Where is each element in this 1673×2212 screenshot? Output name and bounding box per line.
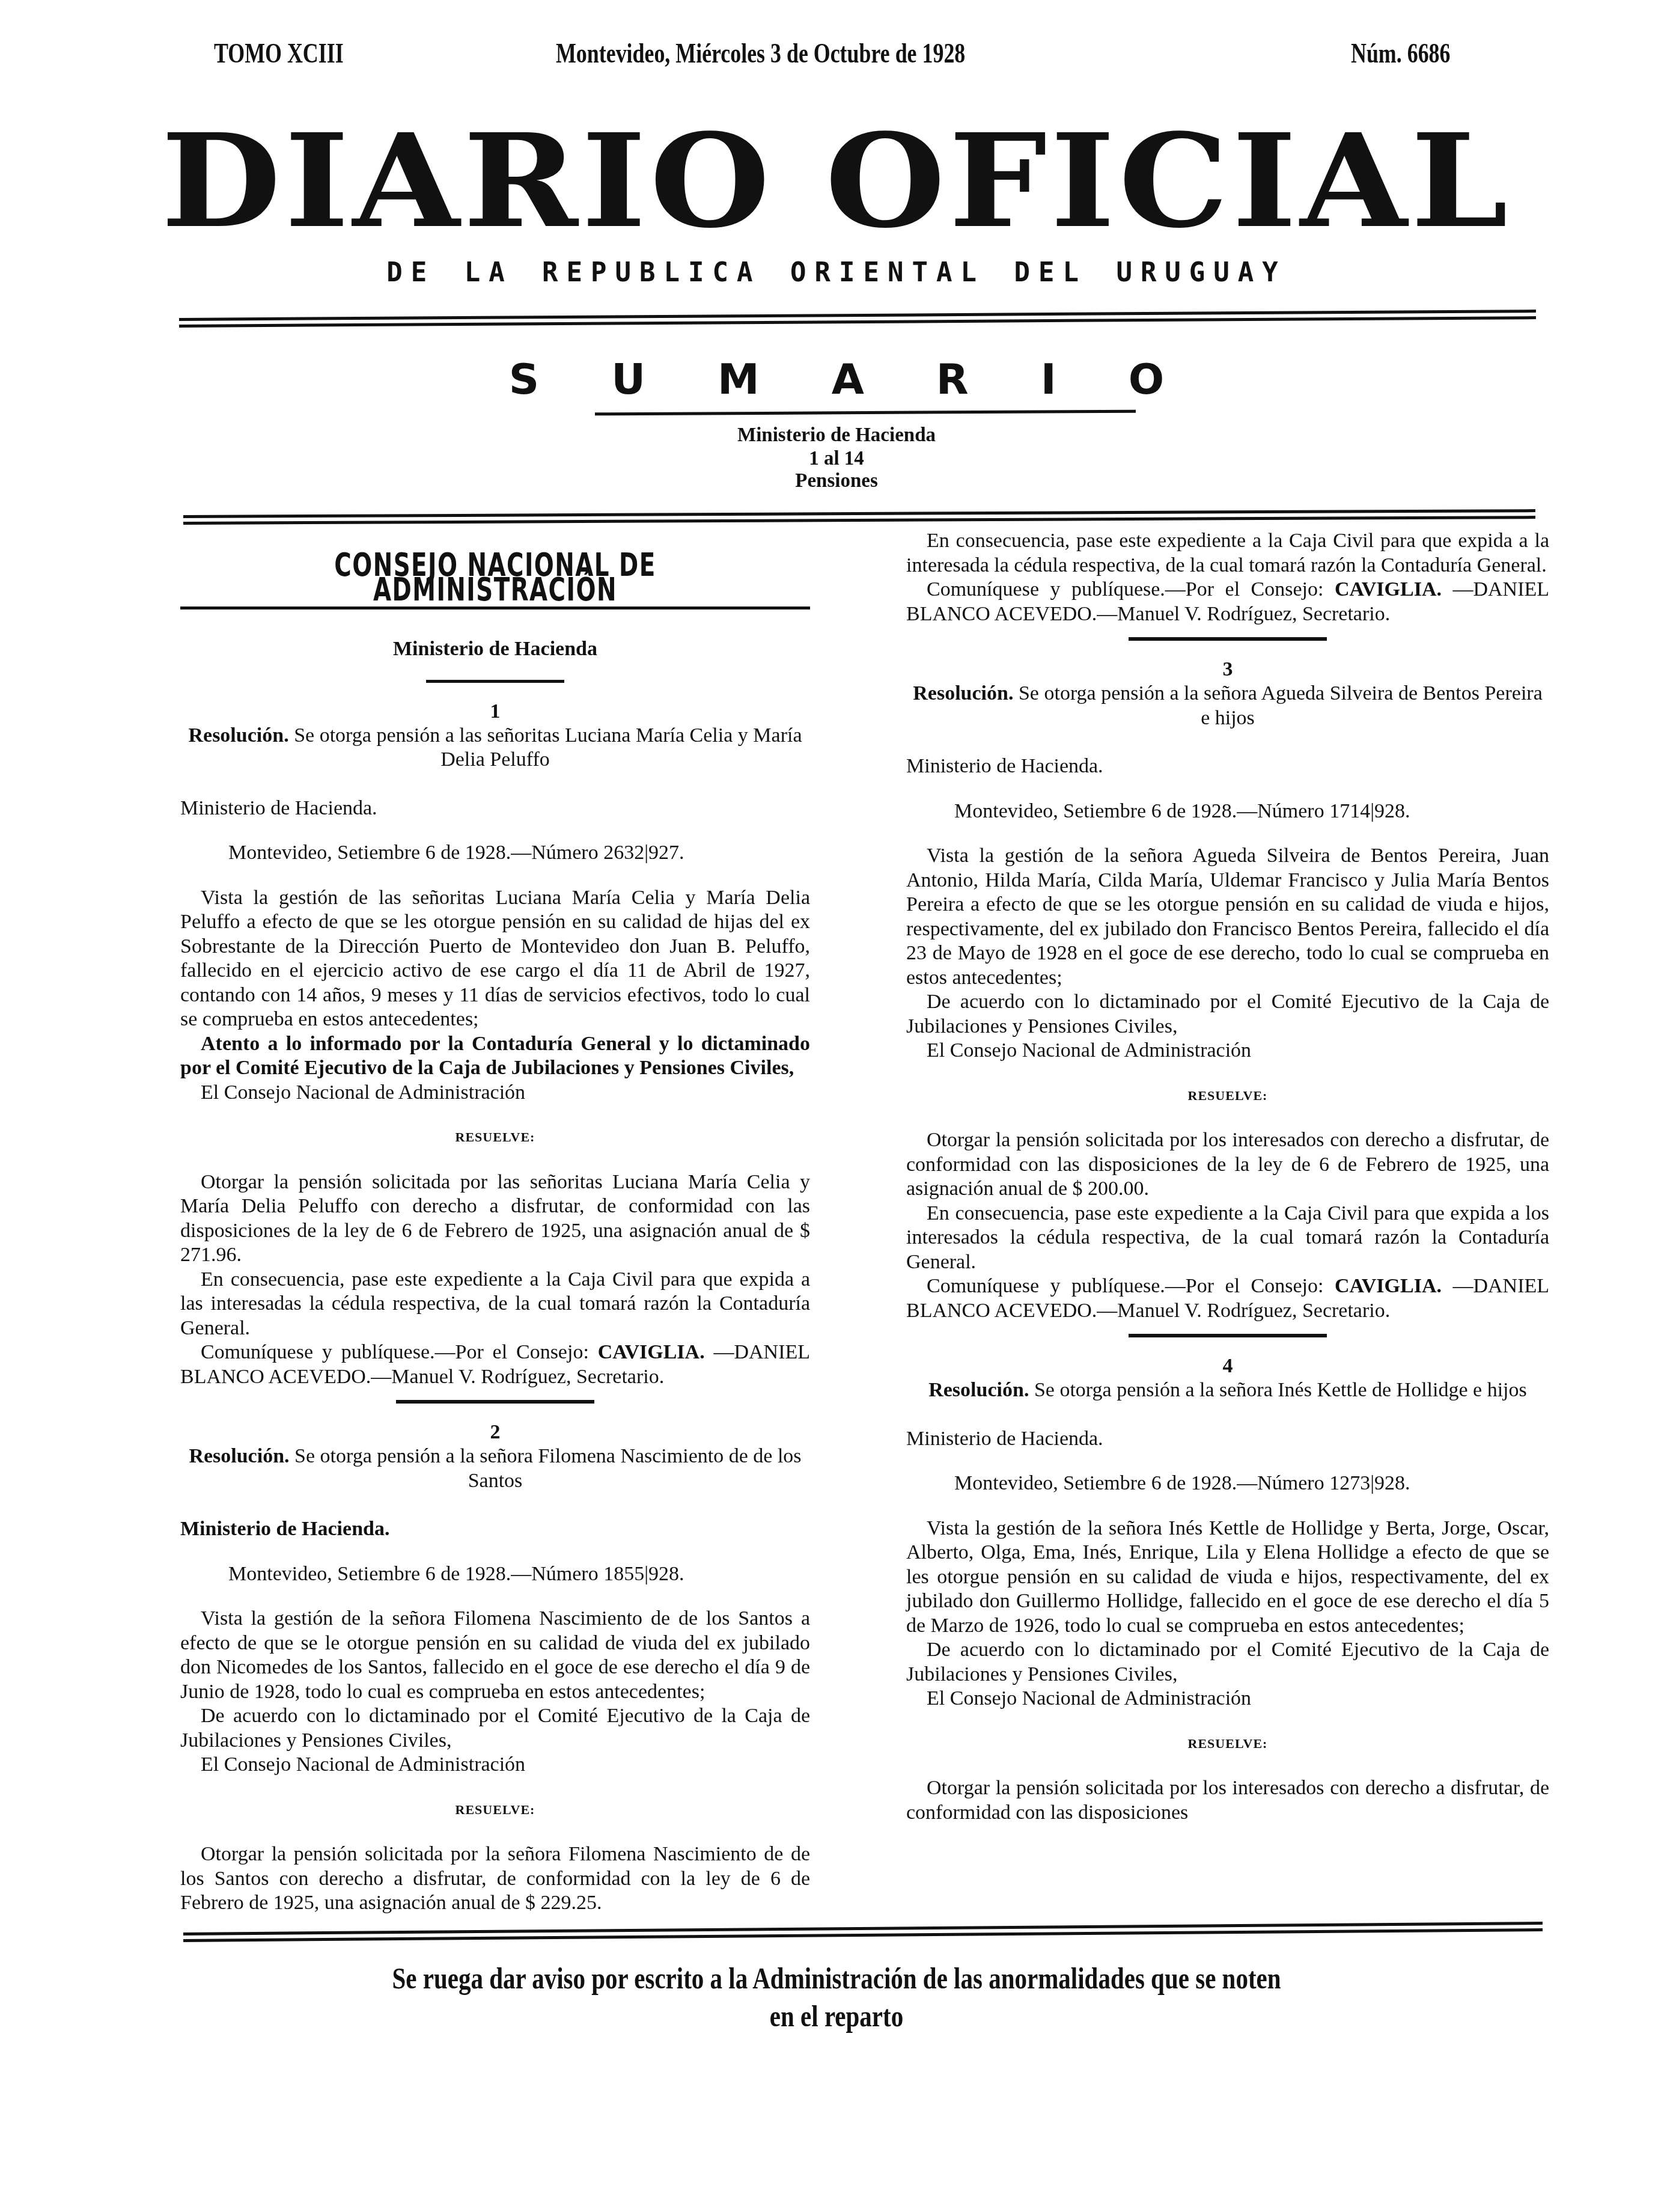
paragraph-otorgar: Otorgar la pensión solicitada por los in… xyxy=(906,1128,1549,1202)
paragraph-signature: Comuníquese y publíquese.—Por el Consejo… xyxy=(180,1340,810,1389)
footer-notice: Se ruega dar aviso por escrito a la Admi… xyxy=(151,1961,1523,1996)
issue-number: Núm. 6686 xyxy=(1351,37,1450,69)
volume-label: TOMO XCIII xyxy=(214,37,344,69)
paragraph-vista: Vista la gestión de la señora Inés Kettl… xyxy=(906,1517,1549,1639)
short-rule xyxy=(426,680,564,683)
ministry-line: Ministerio de Hacienda. xyxy=(906,1427,1549,1452)
resolution-4: 4 Resolución. Se otorga pensión a la señ… xyxy=(906,1354,1549,1825)
resolution-title: Resolución. Se otorga pensión a la señor… xyxy=(180,1444,810,1493)
paragraph-vista: Vista la gestión de la señora Filomena N… xyxy=(180,1607,810,1704)
paragraph-otorgar: Otorgar la pensión solicitada por la señ… xyxy=(180,1842,810,1916)
resolution-number: 2 xyxy=(180,1420,810,1444)
summary-item: 1 al 14 xyxy=(0,448,1673,470)
item-separator xyxy=(1129,1334,1327,1337)
paragraph-consejo: El Consejo Nacional de Administración xyxy=(906,1687,1549,1711)
right-column: En consecuencia, pase este expediente a … xyxy=(906,529,1549,1825)
paragraph-consecuencia: En consecuencia, pase este expediente a … xyxy=(180,1268,810,1341)
item-separator xyxy=(396,1400,594,1404)
paragraph-consejo: El Consejo Nacional de Administración xyxy=(906,1039,1549,1063)
paragraph-consejo: El Consejo Nacional de Administración xyxy=(180,1753,810,1777)
dateline: Montevideo, Setiembre 6 de 1928.—Número … xyxy=(906,1471,1549,1496)
paragraph-acuerdo: De acuerdo con lo dictaminado por el Com… xyxy=(180,1704,810,1753)
paragraph-acuerdo: De acuerdo con lo dictaminado por el Com… xyxy=(906,1638,1549,1687)
resolution-number: 3 xyxy=(906,658,1549,682)
resolution-2-continuation: En consecuencia, pase este expediente a … xyxy=(906,529,1549,626)
resolution-title: Resolución. Se otorga pensión a la señor… xyxy=(906,1378,1549,1403)
resuelve-label: RESUELVE: xyxy=(906,1732,1549,1756)
paragraph-vista: Vista la gestión de la señora Agueda Sil… xyxy=(906,844,1549,990)
paragraph-signature: Comuníquese y publíquese.—Por el Consejo… xyxy=(906,578,1549,626)
paragraph-consecuencia: En consecuencia, pase este expediente a … xyxy=(906,529,1549,578)
ministry-line: Ministerio de Hacienda. xyxy=(180,1517,810,1542)
resolution-3: 3 Resolución. Se otorga pensión a la señ… xyxy=(906,658,1549,1323)
footer-notice: en el reparto xyxy=(151,1999,1523,2033)
resolution-title: Resolución. Se otorga pensión a las seño… xyxy=(180,724,810,772)
paragraph-consecuencia: En consecuencia, pase este expediente a … xyxy=(906,1202,1549,1275)
paragraph-vista: Vista la gestión de las señoritas Lucian… xyxy=(180,886,810,1032)
summary-underline xyxy=(595,410,1136,416)
paragraph-atento: Atento a lo informado por la Contaduría … xyxy=(180,1032,810,1081)
paragraph-otorgar: Otorgar la pensión solicitada por los in… xyxy=(906,1776,1549,1825)
masthead-title: DIARIO OFICIAL xyxy=(0,117,1673,257)
left-column: CONSEJO NACIONAL DE ADMINISTRACIÓN Minis… xyxy=(180,529,810,1916)
double-rule-divider xyxy=(179,310,1536,328)
item-separator xyxy=(1129,637,1327,641)
dateline: Montevideo, Setiembre 6 de 1928.—Número … xyxy=(906,799,1549,824)
double-rule-divider xyxy=(183,1922,1543,1942)
dateline: Montevideo, Setiembre 6 de 1928.—Número … xyxy=(180,1562,810,1587)
ministry-line: Ministerio de Hacienda. xyxy=(906,754,1549,779)
resuelve-label: RESUELVE: xyxy=(180,1125,810,1150)
resolution-number: 1 xyxy=(180,700,810,724)
summary-item: Ministerio de Hacienda xyxy=(0,424,1673,447)
ministry-heading: Ministerio de Hacienda xyxy=(180,637,810,662)
paragraph-acuerdo: De acuerdo con lo dictaminado por el Com… xyxy=(906,990,1549,1039)
resuelve-label: RESUELVE: xyxy=(906,1084,1549,1108)
resolution-title: Resolución. Se otorga pensión a la señor… xyxy=(906,682,1549,730)
paragraph-consejo: El Consejo Nacional de Administración xyxy=(180,1081,810,1105)
double-rule-divider xyxy=(183,509,1535,525)
paragraph-otorgar: Otorgar la pensión solicitada por las se… xyxy=(180,1170,810,1268)
summary-item: Pensiones xyxy=(0,470,1673,492)
resolution-1: 1 Resolución. Se otorga pensión a las se… xyxy=(180,700,810,1390)
summary-heading: SUMARIO xyxy=(0,355,1673,404)
resuelve-label: RESUELVE: xyxy=(180,1798,810,1822)
resolution-2: 2 Resolución. Se otorga pensión a la señ… xyxy=(180,1420,810,1916)
masthead-subtitle: DE LA REPUBLICA ORIENTAL DEL URUGUAY xyxy=(0,257,1673,288)
issue-date: Montevideo, Miércoles 3 de Octubre de 19… xyxy=(556,37,965,69)
ministry-line: Ministerio de Hacienda. xyxy=(180,796,810,821)
resolution-number: 4 xyxy=(906,1354,1549,1378)
section-heading: CONSEJO NACIONAL DE ADMINISTRACIÓN xyxy=(269,553,722,602)
paragraph-signature: Comuníquese y publíquese.—Por el Consejo… xyxy=(906,1274,1549,1323)
dateline: Montevideo, Setiembre 6 de 1928.—Número … xyxy=(180,841,810,866)
